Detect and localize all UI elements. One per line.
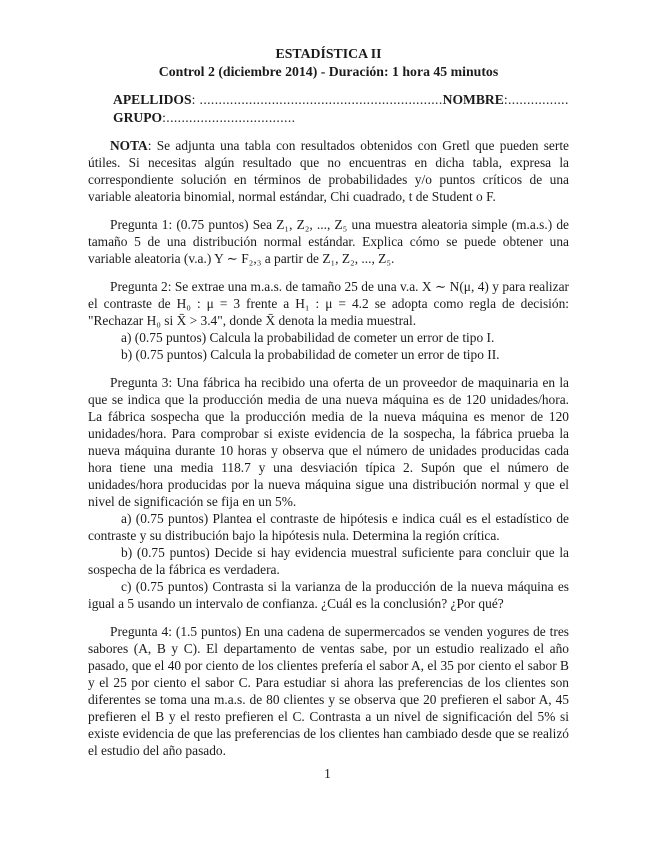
grupo-label: GRUPO bbox=[113, 110, 162, 125]
nota-paragraph: NOTA: Se adjunta una tabla con resultado… bbox=[88, 137, 569, 205]
question-1-paragraph: Pregunta 1: (0.75 puntos) Sea Z₁, Z₂, ..… bbox=[88, 216, 569, 267]
question-4-paragraph: Pregunta 4: (1.5 puntos) En una cadena d… bbox=[88, 623, 569, 759]
question-3-item-c: c) (0.75 puntos) Contrasta si la varianz… bbox=[88, 578, 569, 612]
exam-title: ESTADÍSTICA II bbox=[88, 45, 569, 63]
document-content: ESTADÍSTICA II Control 2 (diciembre 2014… bbox=[88, 45, 569, 759]
identity-fields: APELLIDOS: .............................… bbox=[113, 91, 569, 126]
apellidos-label: APELLIDOS bbox=[113, 92, 192, 107]
page-number: 1 bbox=[0, 766, 655, 782]
question-2-item-b: b) (0.75 puntos) Calcula la probabilidad… bbox=[88, 346, 569, 363]
document-page: ESTADÍSTICA II Control 2 (diciembre 2014… bbox=[0, 0, 655, 848]
grupo-line: GRUPO:.................................. bbox=[113, 109, 569, 127]
grupo-fill-line: :.................................. bbox=[162, 110, 295, 125]
nota-text: : Se adjunta una tabla con resultados ob… bbox=[88, 138, 569, 204]
nombre-label: NOMBRE bbox=[443, 92, 504, 107]
nombre-fill-line: :................................ bbox=[504, 92, 569, 107]
question-3-paragraph: Pregunta 3: Una fábrica ha recibido una … bbox=[88, 374, 569, 510]
question-3-item-b: b) (0.75 puntos) Decide si hay evidencia… bbox=[88, 544, 569, 578]
question-3-item-a: a) (0.75 puntos) Plantea el contraste de… bbox=[88, 510, 569, 544]
nota-label: NOTA bbox=[110, 138, 148, 153]
exam-subtitle: Control 2 (diciembre 2014) - Duración: 1… bbox=[88, 63, 569, 81]
question-2-item-a: a) (0.75 puntos) Calcula la probabilidad… bbox=[88, 329, 569, 346]
apellidos-nombre-line: APELLIDOS: .............................… bbox=[113, 91, 569, 109]
question-2-paragraph: Pregunta 2: Se extrae una m.a.s. de tama… bbox=[88, 278, 569, 329]
apellidos-fill-line: : ......................................… bbox=[192, 92, 443, 107]
